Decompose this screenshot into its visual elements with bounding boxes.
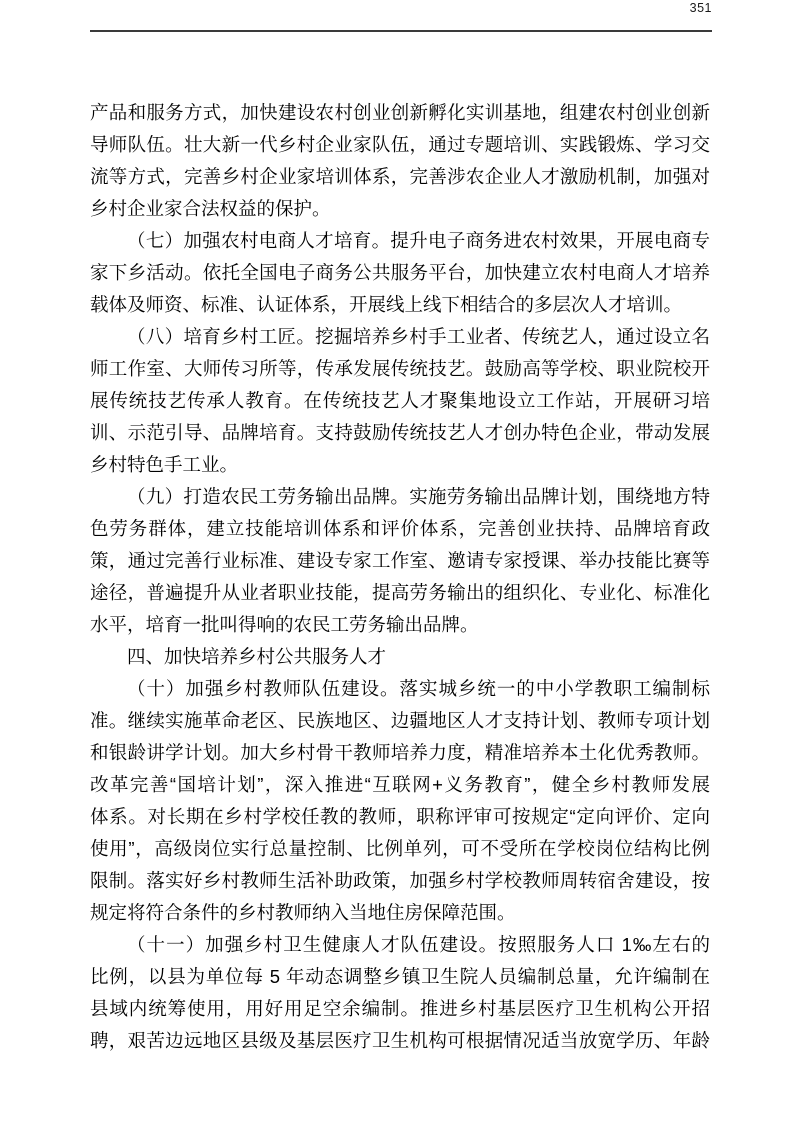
text-line: 使用”，高级岗位实行总量控制、比例单列，可不受所在学校岗位结构比例 bbox=[90, 833, 710, 865]
page-number: 351 bbox=[690, 1, 712, 15]
text-line: 限制。落实好乡村教师生活补助政策，加强乡村学校教师周转宿舍建设，按 bbox=[90, 865, 710, 897]
text-line: 水平，培育一批叫得响的农民工劳务输出品牌。 bbox=[90, 609, 710, 641]
text-line: 乡村特色手工业。 bbox=[90, 449, 710, 481]
document-page: 351 产品和服务方式，加快建设农村创业创新孵化实训基地，组建农村创业创新导师队… bbox=[0, 0, 793, 1122]
text-line: （十）加强乡村教师队伍建设。落实城乡统一的中小学教职工编制标 bbox=[90, 673, 710, 705]
header-rule bbox=[90, 30, 712, 32]
text-line: 乡村企业家合法权益的保护。 bbox=[90, 193, 710, 225]
text-line: 四、加快培养乡村公共服务人才 bbox=[90, 641, 710, 673]
text-line: 色劳务群体，建立技能培训体系和评价体系，完善创业扶持、品牌培育政 bbox=[90, 513, 710, 545]
text-line: 策，通过完善行业标准、建设专家工作室、邀请专家授课、举办技能比赛等 bbox=[90, 545, 710, 577]
text-line: （七）加强农村电商人才培育。提升电子商务进农村效果，开展电商专 bbox=[90, 225, 710, 257]
text-line: 改革完善“国培计划”，深入推进“互联网+义务教育”，健全乡村教师发展 bbox=[90, 769, 710, 801]
text-line: 和银龄讲学计划。加大乡村骨干教师培养力度，精准培养本土化优秀教师。 bbox=[90, 737, 710, 769]
text-line: 师工作室、大师传习所等，传承发展传统技艺。鼓励高等学校、职业院校开 bbox=[90, 353, 710, 385]
text-line: 规定将符合条件的乡村教师纳入当地住房保障范围。 bbox=[90, 897, 710, 929]
text-line: 准。继续实施革命老区、民族地区、边疆地区人才支持计划、教师专项计划 bbox=[90, 705, 710, 737]
text-line: 比例，以县为单位每 5 年动态调整乡镇卫生院人员编制总量，允许编制在 bbox=[90, 961, 710, 993]
text-line: 导师队伍。壮大新一代乡村企业家队伍，通过专题培训、实践锻炼、学习交 bbox=[90, 129, 710, 161]
text-line: （十一）加强乡村卫生健康人才队伍建设。按照服务人口 1‰左右的 bbox=[90, 929, 710, 961]
text-line: （九）打造农民工劳务输出品牌。实施劳务输出品牌计划，围绕地方特 bbox=[90, 481, 710, 513]
text-line: 县域内统筹使用，用好用足空余编制。推进乡村基层医疗卫生机构公开招 bbox=[90, 993, 710, 1025]
text-line: 训、示范引导、品牌培育。支持鼓励传统技艺人才创办特色企业，带动发展 bbox=[90, 417, 710, 449]
text-line: 流等方式，完善乡村企业家培训体系，完善涉农企业人才激励机制，加强对 bbox=[90, 161, 710, 193]
text-line: 家下乡活动。依托全国电子商务公共服务平台，加快建立农村电商人才培养 bbox=[90, 257, 710, 289]
text-line: 产品和服务方式，加快建设农村创业创新孵化实训基地，组建农村创业创新 bbox=[90, 97, 710, 129]
text-line: 途径，普遍提升从业者职业技能，提高劳务输出的组织化、专业化、标准化 bbox=[90, 577, 710, 609]
text-line: （八）培育乡村工匠。挖掘培养乡村手工业者、传统艺人，通过设立名 bbox=[90, 321, 710, 353]
text-line: 体系。对长期在乡村学校任教的教师，职称评审可按规定“定向评价、定向 bbox=[90, 801, 710, 833]
text-line: 聘，艰苦边远地区县级及基层医疗卫生机构可根据情况适当放宽学历、年龄 bbox=[90, 1025, 710, 1057]
document-body: 产品和服务方式，加快建设农村创业创新孵化实训基地，组建农村创业创新导师队伍。壮大… bbox=[90, 97, 710, 1057]
text-line: 展传统技艺传承人教育。在传统技艺人才聚集地设立工作站，开展研习培 bbox=[90, 385, 710, 417]
text-line: 载体及师资、标准、认证体系，开展线上线下相结合的多层次人才培训。 bbox=[90, 289, 710, 321]
